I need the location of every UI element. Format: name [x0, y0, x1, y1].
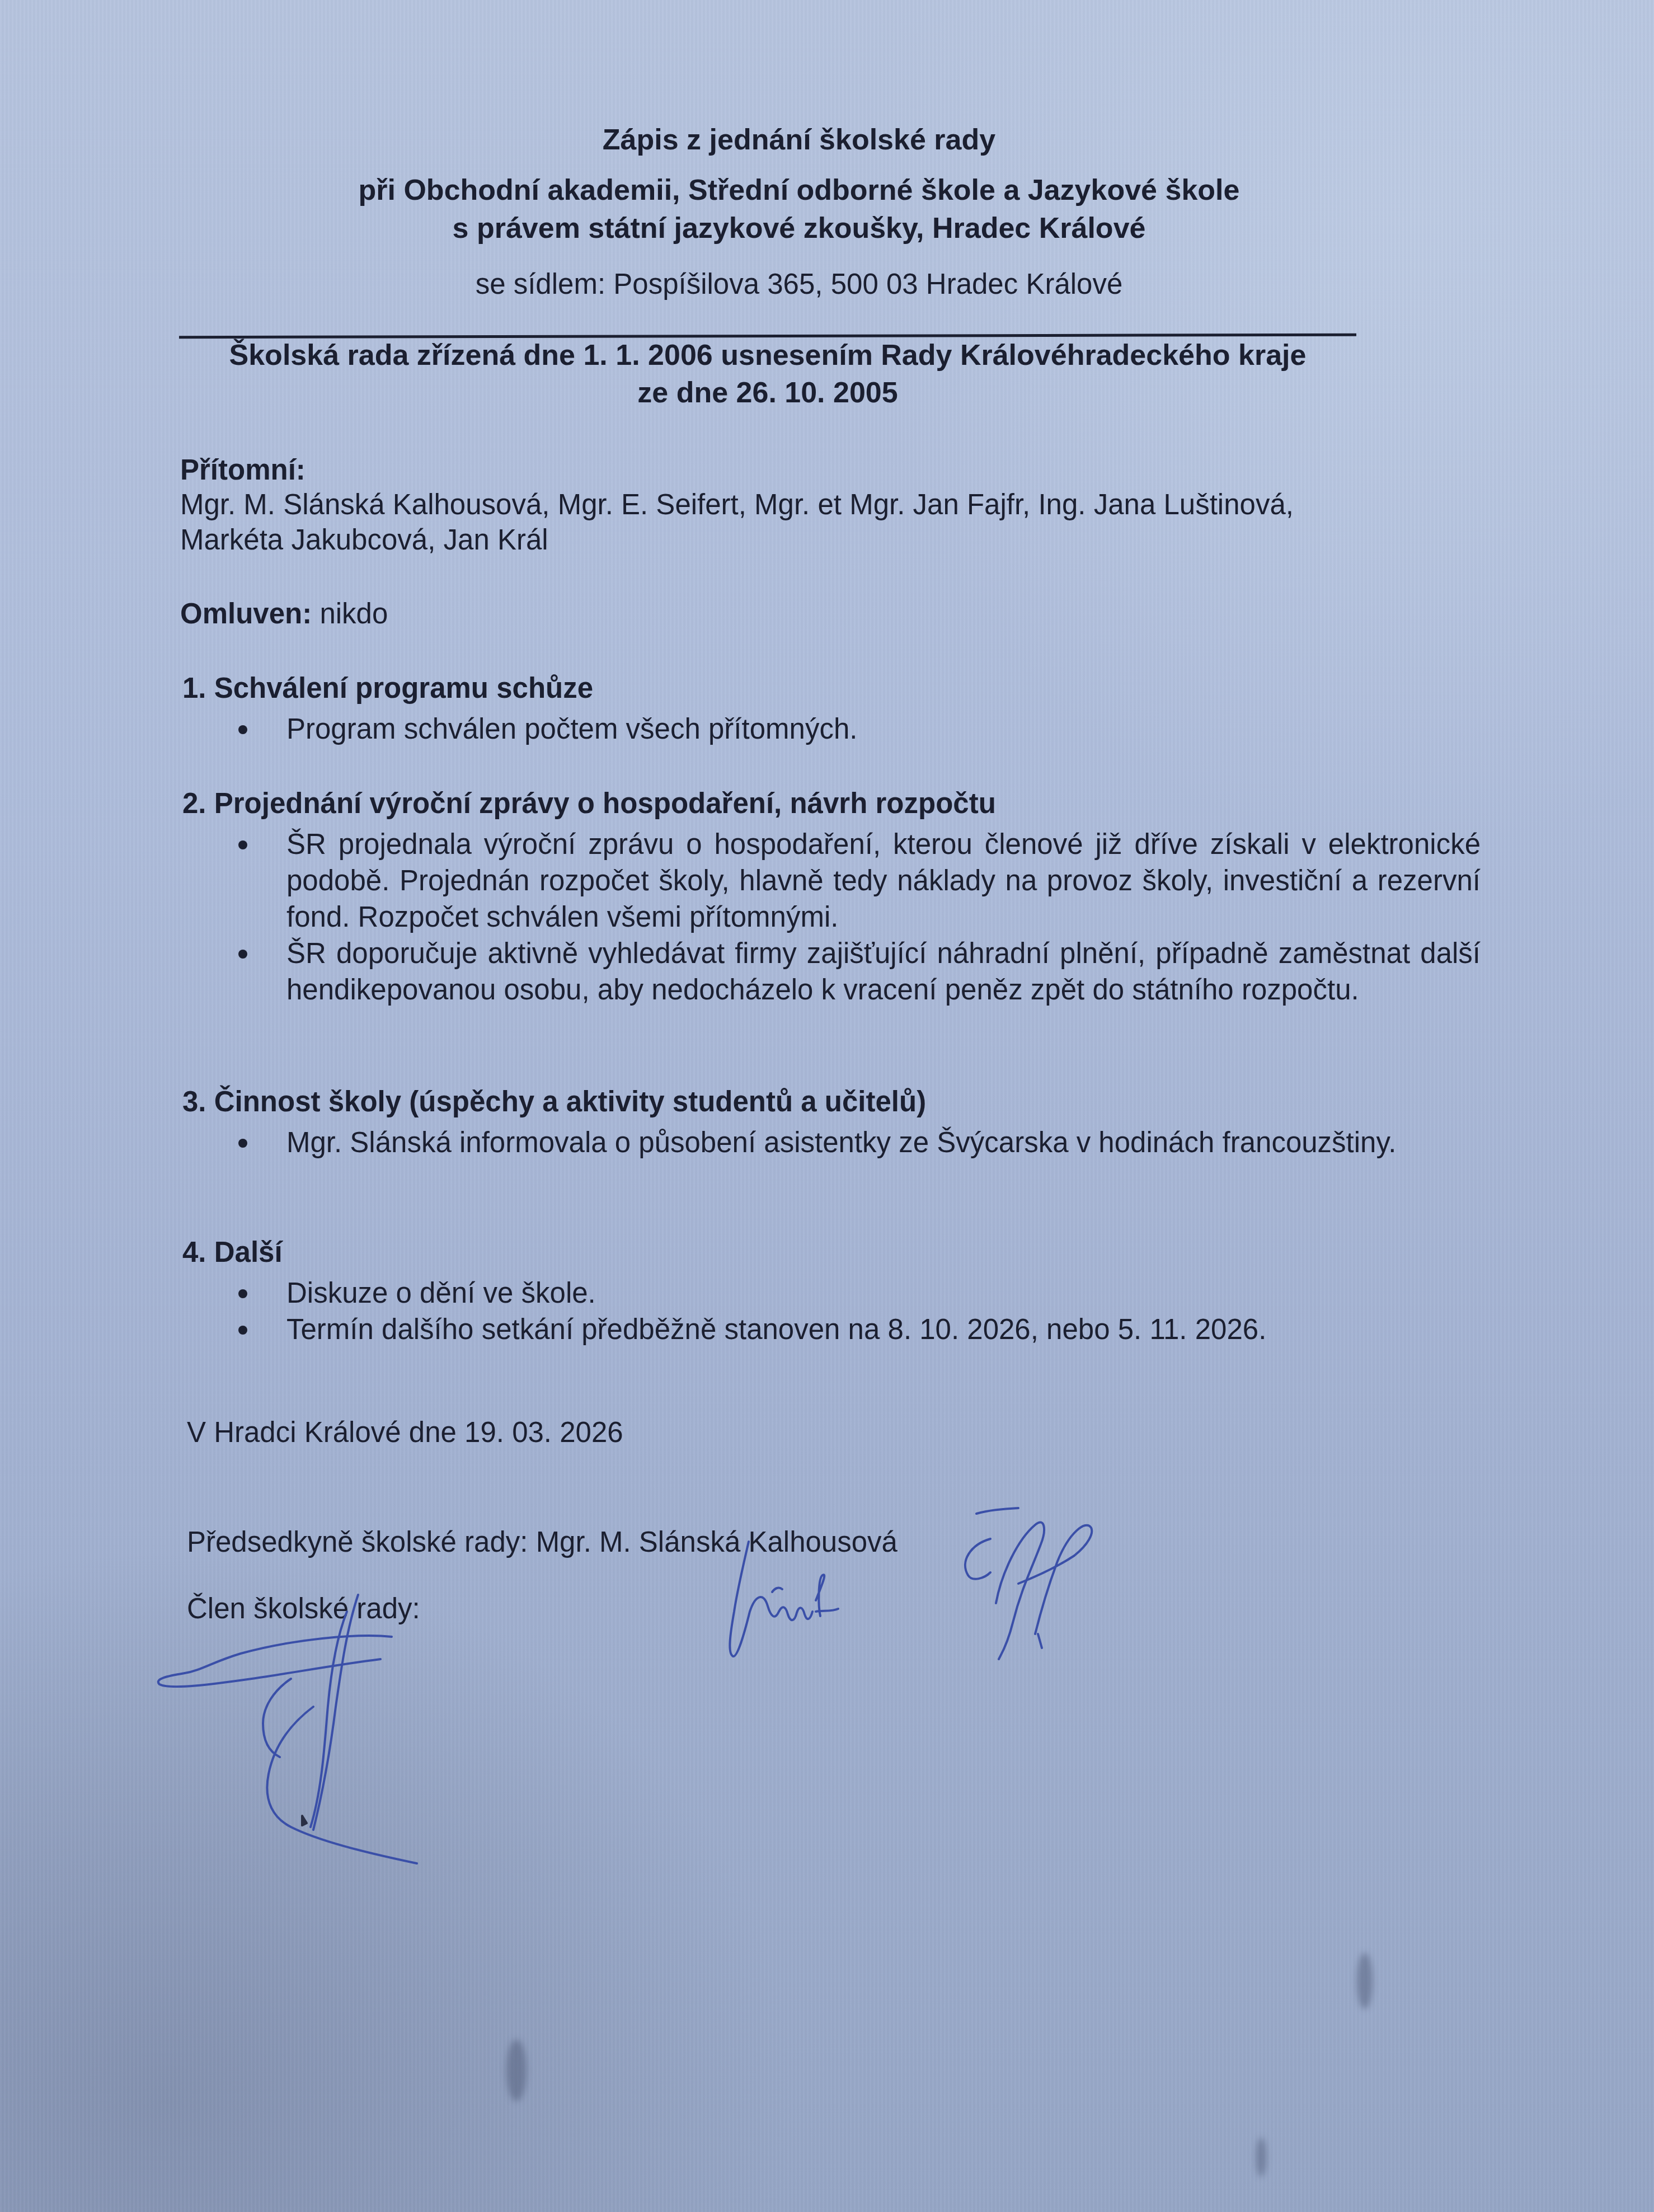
section-heading: 3. Činnost školy (úspěchy a aktivity stu…	[182, 1084, 1481, 1120]
establishment-line-2: ze dne 26. 10. 2005	[179, 376, 1356, 410]
section-heading: 4. Další	[182, 1234, 1481, 1270]
chair-signature-label: Předsedkyně školské rady: Mgr. M. Slánsk…	[187, 1525, 898, 1558]
list-item: Mgr. Slánská informovala o působení asis…	[182, 1124, 1481, 1161]
bullet-list: Mgr. Slánská informovala o působení asis…	[182, 1124, 1481, 1161]
list-item: ŠR projednala výroční zprávu o hospodaře…	[182, 826, 1481, 935]
section-2: 2. Projednání výroční zprávy o hospodaře…	[182, 786, 1481, 1008]
institution-line-1: při Obchodní akademii, Střední odborné š…	[0, 173, 1626, 207]
list-item: ŠR doporučuje aktivně vyhledávat firmy z…	[182, 935, 1481, 1008]
present-label: Přítomní:	[180, 452, 306, 488]
section-heading: 1. Schválení programu schůze	[182, 670, 1481, 706]
excused-label: Omluven:	[180, 598, 312, 630]
document-page: Zápis z jednání školské rady při Obchodn…	[0, 0, 1654, 2212]
document-title: Zápis z jednání školské rady	[0, 123, 1626, 157]
list-item: Program schválen počtem všech přítomných…	[182, 711, 1481, 747]
bullet-list: Program schválen počtem všech přítomných…	[182, 711, 1481, 747]
bullet-list: Diskuze o dění ve škole. Termín dalšího …	[182, 1275, 1481, 1347]
bullet-list: ŠR projednala výroční zprávu o hospodaře…	[182, 826, 1481, 1008]
present-names-line-2: Markéta Jakubcová, Jan Král	[180, 522, 548, 558]
section-heading: 2. Projednání výroční zprávy o hospodaře…	[182, 786, 1481, 821]
header-divider	[179, 334, 1356, 339]
list-item: Termín dalšího setkání předběžně stanove…	[182, 1311, 1481, 1347]
present-names-line-1: Mgr. M. Slánská Kalhousová, Mgr. E. Seif…	[180, 487, 1294, 523]
section-4: 4. Další Diskuze o dění ve škole. Termín…	[182, 1234, 1481, 1347]
place-and-date: V Hradci Králové dne 19. 03. 2026	[187, 1416, 623, 1449]
member-signature	[158, 1595, 417, 1863]
section-1: 1. Schválení programu schůze Program sch…	[182, 670, 1481, 747]
institution-line-2: s právem státní jazykové zkoušky, Hradec…	[0, 212, 1626, 245]
list-item: Diskuze o dění ve škole.	[182, 1275, 1481, 1311]
excused-row: Omluven: nikdo	[180, 596, 388, 632]
section-3: 3. Činnost školy (úspěchy a aktivity stu…	[182, 1084, 1481, 1161]
member-signature-label: Člen školské rady:	[187, 1592, 420, 1625]
establishment-line-1: Školská rada zřízená dne 1. 1. 2006 usne…	[179, 339, 1356, 372]
excused-value: nikdo	[319, 598, 388, 630]
institution-address: se sídlem: Pospíšilova 365, 500 03 Hrade…	[0, 267, 1626, 300]
